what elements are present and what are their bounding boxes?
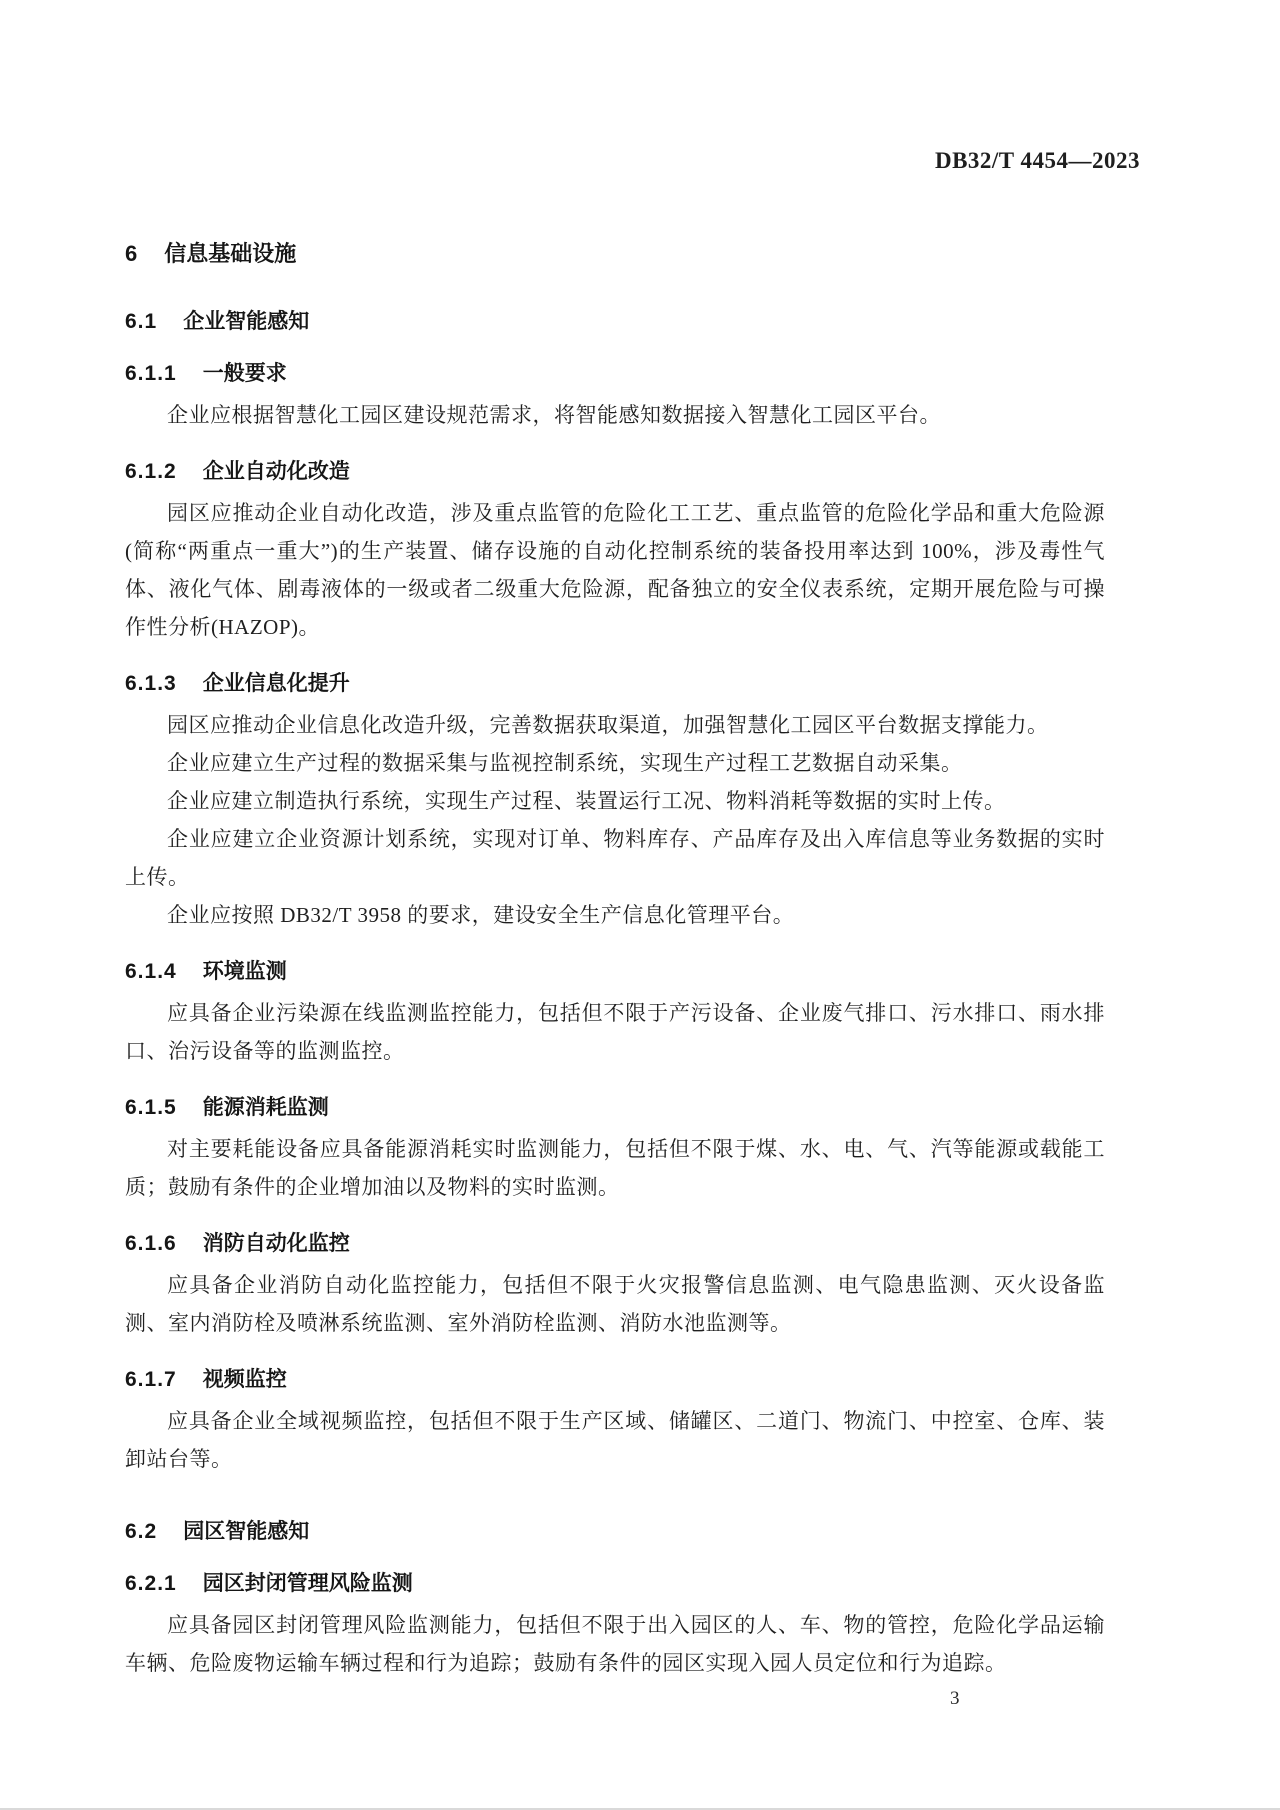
section-number: 6.1 [125, 308, 157, 336]
section-number: 6.1.4 [125, 958, 177, 986]
page-number: 3 [950, 1688, 960, 1710]
section-heading-6-1-1: 6.1.1一般要求 [125, 360, 1105, 388]
section-title: 环境监测 [203, 960, 287, 983]
section-heading-6-1-3: 6.1.3企业信息化提升 [125, 670, 1105, 698]
section-title: 视频监控 [203, 1368, 287, 1391]
document-content: 6信息基础设施 6.1企业智能感知 6.1.1一般要求 企业应根据智慧化工园区建… [125, 0, 1105, 1682]
section-heading-6-1-7: 6.1.7视频监控 [125, 1366, 1105, 1394]
section-number: 6.1.3 [125, 670, 177, 698]
section-number: 6.1.6 [125, 1230, 177, 1258]
section-number: 6 [125, 240, 138, 268]
document-page: DB32/T 4454—2023 6信息基础设施 6.1企业智能感知 6.1.1… [0, 0, 1280, 1810]
section-heading-6: 6信息基础设施 [125, 240, 1105, 268]
section-title: 园区智能感知 [183, 1520, 309, 1543]
section-title: 企业自动化改造 [203, 460, 350, 483]
paragraph: 企业应建立生产过程的数据采集与监视控制系统，实现生产过程工艺数据自动采集。 [125, 744, 1105, 782]
section-number: 6.1.1 [125, 360, 177, 388]
section-number: 6.1.2 [125, 458, 177, 486]
paragraph: 应具备企业全域视频监控，包括但不限于生产区域、储罐区、二道门、物流门、中控室、仓… [125, 1402, 1105, 1478]
section-title: 能源消耗监测 [203, 1096, 329, 1119]
section-title: 消防自动化监控 [203, 1232, 350, 1255]
section-title: 园区封闭管理风险监测 [203, 1572, 413, 1595]
paragraph: 应具备企业消防自动化监控能力，包括但不限于火灾报警信息监测、电气隐患监测、灭火设… [125, 1266, 1105, 1342]
paragraph: 园区应推动企业信息化改造升级，完善数据获取渠道，加强智慧化工园区平台数据支撑能力… [125, 706, 1105, 744]
paragraph: 企业应建立企业资源计划系统，实现对订单、物料库存、产品库存及出入库信息等业务数据… [125, 820, 1105, 896]
paragraph: 企业应建立制造执行系统，实现生产过程、装置运行工况、物料消耗等数据的实时上传。 [125, 782, 1105, 820]
section-heading-6-2: 6.2园区智能感知 [125, 1518, 1105, 1546]
paragraph: 企业应根据智慧化工园区建设规范需求，将智能感知数据接入智慧化工园区平台。 [125, 396, 1105, 434]
section-number: 6.2 [125, 1518, 157, 1546]
section-heading-6-1: 6.1企业智能感知 [125, 308, 1105, 336]
paragraph: 园区应推动企业自动化改造，涉及重点监管的危险化工工艺、重点监管的危险化学品和重大… [125, 494, 1105, 646]
section-title: 信息基础设施 [164, 241, 296, 266]
section-heading-6-1-4: 6.1.4环境监测 [125, 958, 1105, 986]
section-heading-6-1-6: 6.1.6消防自动化监控 [125, 1230, 1105, 1258]
paragraph: 对主要耗能设备应具备能源消耗实时监测能力，包括但不限于煤、水、电、气、汽等能源或… [125, 1130, 1105, 1206]
paragraph: 应具备园区封闭管理风险监测能力，包括但不限于出入园区的人、车、物的管控，危险化学… [125, 1606, 1105, 1682]
paragraph: 应具备企业污染源在线监测监控能力，包括但不限于产污设备、企业废气排口、污水排口、… [125, 994, 1105, 1070]
section-number: 6.2.1 [125, 1570, 177, 1598]
section-heading-6-2-1: 6.2.1园区封闭管理风险监测 [125, 1570, 1105, 1598]
section-heading-6-1-2: 6.1.2企业自动化改造 [125, 458, 1105, 486]
section-number: 6.1.7 [125, 1366, 177, 1394]
section-title: 企业智能感知 [183, 310, 309, 333]
section-title: 一般要求 [203, 362, 287, 385]
section-title: 企业信息化提升 [203, 672, 350, 695]
paragraph: 企业应按照 DB32/T 3958 的要求，建设安全生产信息化管理平台。 [125, 896, 1105, 934]
section-number: 6.1.5 [125, 1094, 177, 1122]
section-heading-6-1-5: 6.1.5能源消耗监测 [125, 1094, 1105, 1122]
